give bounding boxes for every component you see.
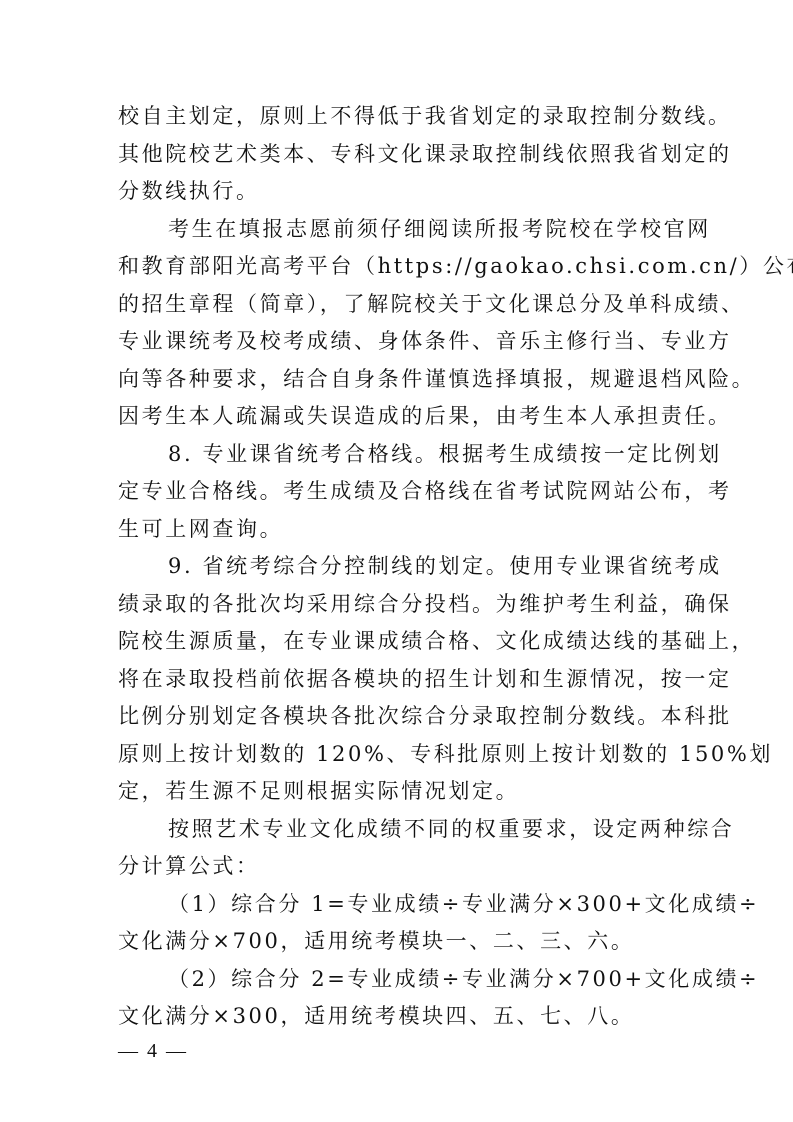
- text-line: 分数线执行。: [118, 173, 678, 211]
- text-line: 因考生本人疏漏或失误造成的后果，由考生本人承担责任。: [118, 398, 678, 436]
- document-page: 校自主划定，原则上不得低于我省划定的录取控制分数线。其他院校艺术类本、专科文化课…: [0, 0, 793, 1122]
- text-line: 绩录取的各批次均采用综合分投档。为维护考生利益，确保: [118, 586, 678, 624]
- text-line: 文化满分×700，适用统考模块一、二、三、六。: [118, 923, 678, 961]
- text-line: 原则上按计划数的 120%、专科批原则上按计划数的 150%划: [118, 736, 678, 774]
- text-line: 定，若生源不足则根据实际情况划定。: [118, 773, 678, 811]
- text-line: 将在录取投档前依据各模块的招生计划和生源情况，按一定: [118, 661, 678, 699]
- text-line: 比例分别划定各模块各批次综合分录取控制分数线。本科批: [118, 698, 678, 736]
- text-line: 其他院校艺术类本、专科文化课录取控制线依照我省划定的: [118, 136, 678, 174]
- text-line: 生可上网查询。: [118, 511, 678, 549]
- text-line: 按照艺术专业文化成绩不同的权重要求，设定两种综合: [118, 811, 678, 849]
- text-line: 向等各种要求，结合自身条件谨慎选择填报，规避退档风险。: [118, 361, 678, 399]
- text-line: （2）综合分 2=专业成绩÷专业满分×700+文化成绩÷: [118, 961, 678, 999]
- text-line: 的招生章程（简章），了解院校关于文化课总分及单科成绩、: [118, 286, 678, 324]
- text-line: 和教育部阳光高考平台（https://gaokao.chsi.com.cn/）公…: [118, 248, 678, 286]
- text-line: 8. 专业课省统考合格线。根据考生成绩按一定比例划: [118, 436, 678, 474]
- text-line: 文化满分×300，适用统考模块四、五、七、八。: [118, 998, 678, 1036]
- body-text: 校自主划定，原则上不得低于我省划定的录取控制分数线。其他院校艺术类本、专科文化课…: [118, 98, 678, 1036]
- text-line: 专业课统考及校考成绩、身体条件、音乐主修行当、专业方: [118, 323, 678, 361]
- text-line: （1）综合分 1=专业成绩÷专业满分×300+文化成绩÷: [118, 886, 678, 924]
- text-line: 9. 省统考综合分控制线的划定。使用专业课省统考成: [118, 548, 678, 586]
- text-line: 校自主划定，原则上不得低于我省划定的录取控制分数线。: [118, 98, 678, 136]
- page-number: — 4 —: [118, 1040, 188, 1063]
- text-line: 定专业合格线。考生成绩及合格线在省考试院网站公布，考: [118, 473, 678, 511]
- text-line: 院校生源质量，在专业课成绩合格、文化成绩达线的基础上，: [118, 623, 678, 661]
- text-line: 考生在填报志愿前须仔细阅读所报考院校在学校官网: [118, 211, 678, 249]
- text-line: 分计算公式：: [118, 848, 678, 886]
